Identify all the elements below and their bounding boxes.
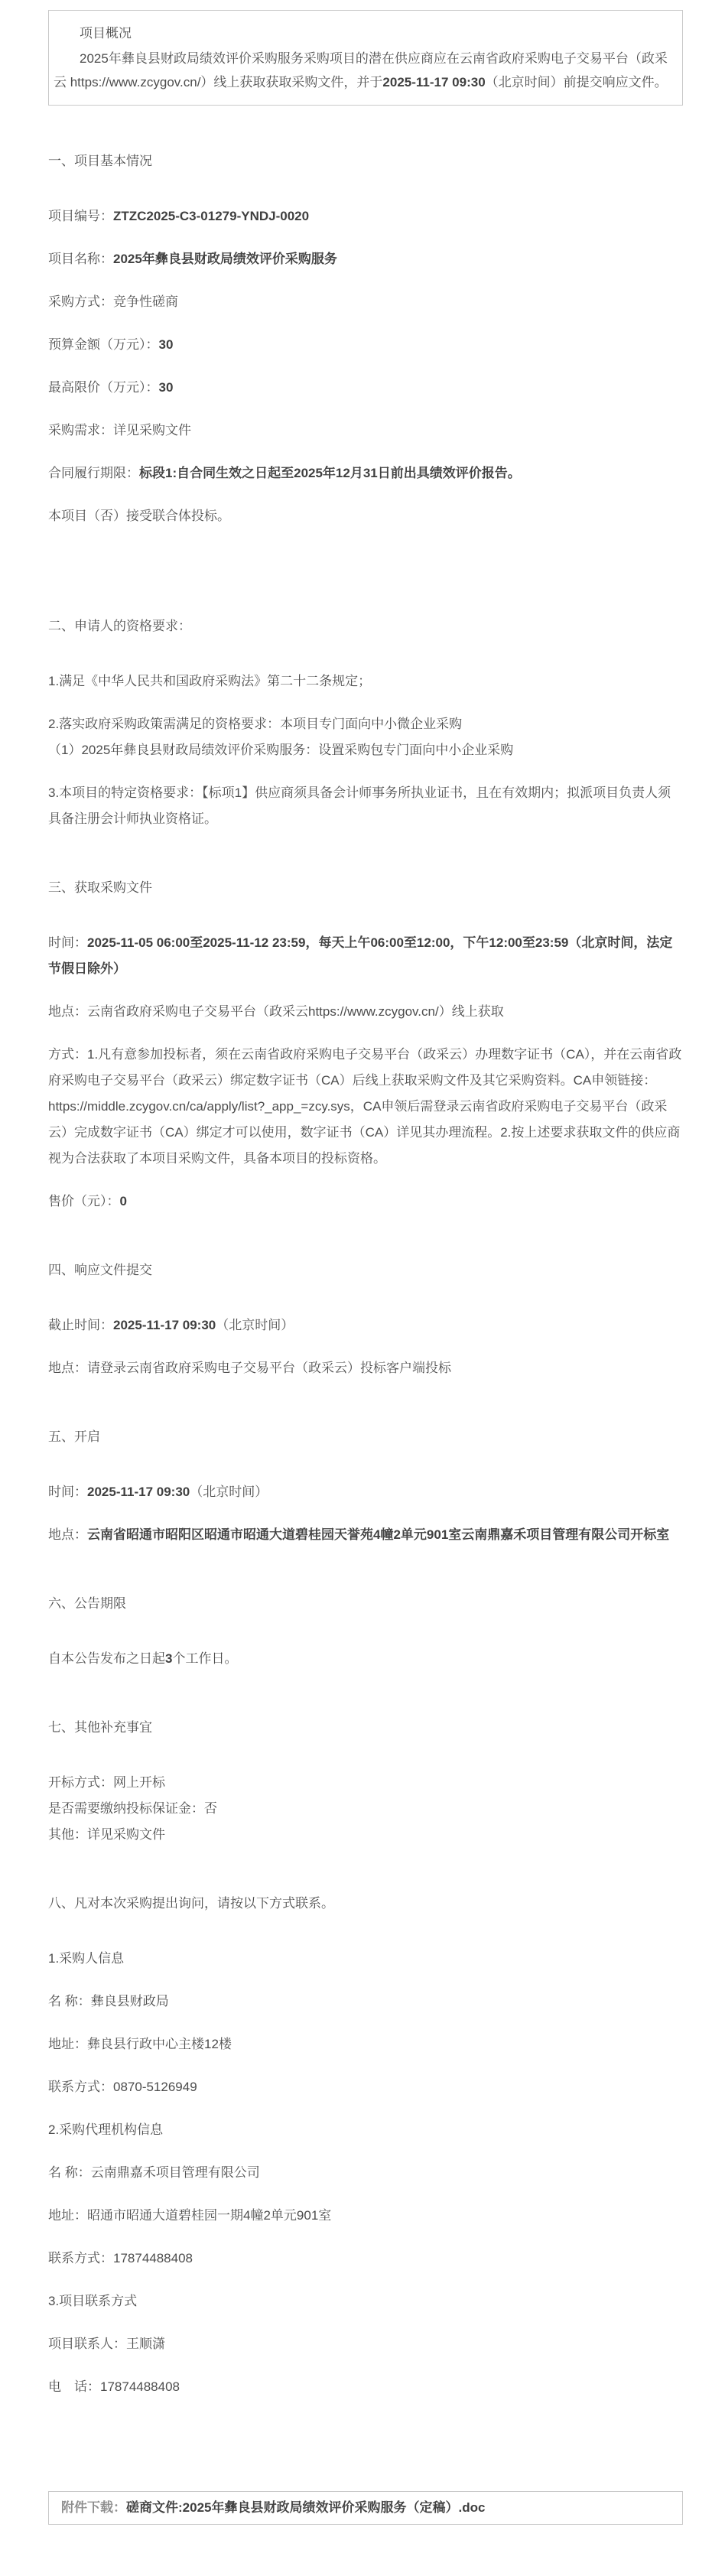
max-price-label: 最高限价（万元）：: [48, 380, 159, 395]
announcement-page: 项目概况 2025年彝良县财政局绩效评价采购服务采购项目的潜在供应商应在云南省政…: [0, 10, 725, 2525]
opening-place-value: 云南省昭通市昭阳区昭通市昭通大道碧桂园天誉苑4幢2单元901室云南鼎嘉禾项目管理…: [87, 1527, 669, 1542]
overview-title: 项目概况: [54, 21, 673, 45]
agency-tel-value: 17874488408: [113, 2251, 193, 2265]
contact-project-heading: 3.项目联系方式: [48, 2288, 683, 2314]
qualification-item-2-sub: （1）2025年彝良县财政局绩效评价采购服务：设置采购包专门面向中小企业采购: [48, 743, 513, 757]
field-purchaser-name: 名 称：彝良县财政局: [48, 1989, 683, 2015]
project-name-value: 2025年彝良县财政局绩效评价采购服务: [113, 252, 337, 266]
opening-place-label: 地点：: [48, 1527, 87, 1542]
overview-intro-tail: （北京时间）前提交响应文件。: [486, 75, 668, 89]
project-number-label: 项目编号：: [48, 209, 113, 223]
demand-value: 详见采购文件: [113, 423, 191, 437]
opening-time-tail: （北京时间）: [190, 1485, 268, 1499]
supplement-other: 其他：详见采购文件: [48, 1827, 165, 1842]
purchaser-tel-value: 0870-5126949: [113, 2080, 197, 2094]
field-opening-time: 时间：2025-11-17 09:30（北京时间）: [48, 1479, 683, 1505]
field-joint-bid: 本项目（否）接受联合体投标。: [48, 503, 683, 529]
field-obtain-place: 地点：云南省政府采购电子交易平台（政采云https://www.zcygov.c…: [48, 999, 683, 1025]
field-purchaser-tel: 联系方式：0870-5126949: [48, 2074, 683, 2100]
field-agency-tel: 联系方式：17874488408: [48, 2246, 683, 2272]
field-procurement-method: 采购方式：竞争性磋商: [48, 289, 683, 315]
project-contact-person-label: 项目联系人：: [48, 2337, 126, 2351]
procurement-method-label: 采购方式：: [48, 294, 113, 309]
project-contact-phone-label: 电 话：: [48, 2379, 100, 2394]
contract-duration-value: 标段1:自合同生效之日起至2025年12月31日前出具绩效评价报告。: [139, 466, 521, 480]
field-contract-duration: 合同履行期限：标段1:自合同生效之日起至2025年12月31日前出具绩效评价报告…: [48, 460, 683, 486]
contact-agency-heading: 2.采购代理机构信息: [48, 2117, 683, 2143]
field-supplement: 开标方式：网上开标是否需要缴纳投标保证金：否其他：详见采购文件: [48, 1770, 683, 1848]
section-qualification-title: 二、申请人的资格要求：: [48, 613, 683, 639]
submission-place-label: 地点：: [48, 1361, 87, 1375]
field-submission-place: 地点：请登录云南省政府采购电子交易平台（政采云）投标客户端投标: [48, 1355, 683, 1381]
agency-tel-label: 联系方式：: [48, 2251, 113, 2265]
supplement-open-mode: 开标方式：网上开标: [48, 1775, 165, 1790]
attachment-box: 附件下载：磋商文件:2025年彝良县财政局绩效评价采购服务（定稿）.doc: [48, 2491, 683, 2525]
opening-time-label: 时间：: [48, 1485, 87, 1499]
field-project-contact-phone: 电 话：17874488408: [48, 2374, 683, 2400]
purchaser-address-value: 彝良县行政中心主楼12楼: [87, 2037, 232, 2051]
field-doc-price: 售价（元）：0: [48, 1189, 683, 1215]
doc-price-value: 0: [120, 1194, 127, 1208]
project-name-label: 项目名称：: [48, 252, 113, 266]
field-purchaser-address: 地址：彝良县行政中心主楼12楼: [48, 2031, 683, 2057]
section-obtain-title: 三、获取采购文件: [48, 875, 683, 901]
qualification-item-2: 2.落实政府采购政策需满足的资格要求：本项目专门面向中小微企业采购（1）2025…: [48, 711, 683, 763]
field-agency-name: 名 称：云南鼎嘉禾项目管理有限公司: [48, 2160, 683, 2186]
max-price-value: 30: [159, 380, 174, 395]
agency-name-value: 云南鼎嘉禾项目管理有限公司: [91, 2165, 260, 2180]
field-budget: 预算金额（万元）：30: [48, 332, 683, 358]
submission-deadline-label: 截止时间：: [48, 1318, 113, 1332]
budget-value: 30: [159, 337, 174, 352]
section-opening-title: 五、开启: [48, 1424, 683, 1450]
project-contact-person-value: 王顺潇: [126, 2337, 165, 2351]
submission-place-value: 请登录云南省政府采购电子交易平台（政采云）投标客户端投标: [87, 1361, 451, 1375]
contact-purchaser-heading: 1.采购人信息: [48, 1946, 683, 1972]
agency-address-label: 地址：: [48, 2208, 87, 2223]
project-contact-phone-value: 17874488408: [100, 2379, 180, 2394]
field-submission-deadline: 截止时间：2025-11-17 09:30（北京时间）: [48, 1312, 683, 1338]
qualification-item-1: 1.满足《中华人民共和国政府采购法》第二十二条规定；: [48, 668, 683, 694]
field-obtain-time: 时间：2025-11-05 06:00至2025-11-12 23:59，每天上…: [48, 930, 683, 982]
field-announcement-period: 自本公告发布之日起3个工作日。: [48, 1646, 683, 1672]
project-number-value: ZTZC2025-C3-01279-YNDJ-0020: [113, 209, 309, 223]
submission-deadline-value: 2025-11-17 09:30: [113, 1318, 216, 1332]
section-contact-title: 八、凡对本次采购提出询问，请按以下方式联系。: [48, 1891, 683, 1917]
section-supplement-title: 七、其他补充事宜: [48, 1715, 683, 1741]
field-opening-place: 地点：云南省昭通市昭阳区昭通市昭通大道碧桂园天誉苑4幢2单元901室云南鼎嘉禾项…: [48, 1522, 683, 1548]
contract-duration-label: 合同履行期限：: [48, 466, 139, 480]
submission-deadline-tail: （北京时间）: [216, 1318, 294, 1332]
agency-address-value: 昭通市昭通大道碧桂园一期4幢2单元901室: [87, 2208, 331, 2223]
attachment-file-link[interactable]: 磋商文件:2025年彝良县财政局绩效评价采购服务（定稿）.doc: [126, 2500, 485, 2515]
budget-label: 预算金额（万元）：: [48, 337, 159, 352]
overview-box: 项目概况 2025年彝良县财政局绩效评价采购服务采购项目的潜在供应商应在云南省政…: [48, 10, 683, 106]
obtain-way-label: 方式：: [48, 1047, 87, 1062]
obtain-way-value: 1.凡有意参加投标者，须在云南省政府采购电子交易平台（政采云）办理数字证书（CA…: [48, 1047, 681, 1166]
section-basic-title: 一、项目基本情况: [48, 148, 683, 174]
field-project-contact-person: 项目联系人：王顺潇: [48, 2331, 683, 2357]
qualification-item-3: 3.本项目的特定资格要求：【标项1】供应商须具备会计师事务所执业证书，且在有效期…: [48, 780, 683, 832]
attachment-label: 附件下载：: [61, 2500, 126, 2515]
supplement-deposit: 是否需要缴纳投标保证金：否: [48, 1801, 217, 1816]
section-period-title: 六、公告期限: [48, 1591, 683, 1617]
field-project-number: 项目编号：ZTZC2025-C3-01279-YNDJ-0020: [48, 203, 683, 229]
field-obtain-way: 方式：1.凡有意参加投标者，须在云南省政府采购电子交易平台（政采云）办理数字证书…: [48, 1042, 683, 1172]
field-demand: 采购需求：详见采购文件: [48, 418, 683, 444]
obtain-time-value: 2025-11-05 06:00至2025-11-12 23:59，每天上午06…: [48, 935, 672, 976]
field-max-price: 最高限价（万元）：30: [48, 375, 683, 401]
period-text-before: 自本公告发布之日起: [48, 1651, 165, 1666]
purchaser-tel-label: 联系方式：: [48, 2080, 113, 2094]
purchaser-name-value: 彝良县财政局: [91, 1994, 169, 2008]
doc-price-label: 售价（元）：: [48, 1194, 120, 1208]
purchaser-address-label: 地址：: [48, 2037, 87, 2051]
field-project-name: 项目名称：2025年彝良县财政局绩效评价采购服务: [48, 246, 683, 272]
overview-intro: 2025年彝良县财政局绩效评价采购服务采购项目的潜在供应商应在云南省政府采购电子…: [54, 47, 673, 94]
demand-label: 采购需求：: [48, 423, 113, 437]
obtain-place-value: 云南省政府采购电子交易平台（政采云https://www.zcygov.cn/）…: [87, 1004, 504, 1019]
procurement-method-value: 竞争性磋商: [113, 294, 178, 309]
obtain-time-label: 时间：: [48, 935, 87, 950]
qualification-item-2-main: 2.落实政府采购政策需满足的资格要求：本项目专门面向中小微企业采购: [48, 717, 462, 731]
opening-time-value: 2025-11-17 09:30: [87, 1485, 190, 1499]
purchaser-name-label: 名 称：: [48, 1994, 91, 2008]
overview-intro-deadline: 2025-11-17 09:30: [382, 75, 485, 89]
field-agency-address: 地址：昭通市昭通大道碧桂园一期4幢2单元901室: [48, 2203, 683, 2229]
obtain-place-label: 地点：: [48, 1004, 87, 1019]
section-submission-title: 四、响应文件提交: [48, 1257, 683, 1283]
period-text-after: 个工作日。: [172, 1651, 237, 1666]
agency-name-label: 名 称：: [48, 2165, 91, 2180]
